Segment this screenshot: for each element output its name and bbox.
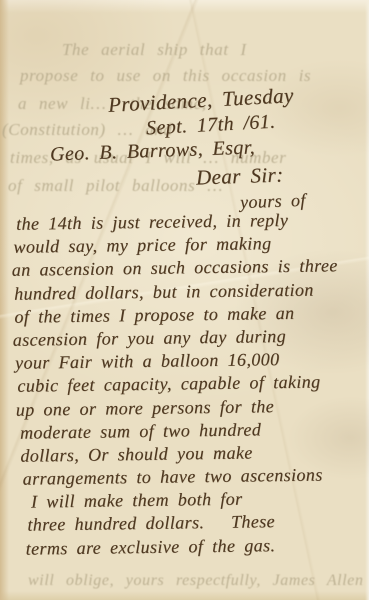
salutation-line: Dear Sir: bbox=[196, 162, 284, 190]
handwritten-line: terms are exclusive of the gas. bbox=[5, 532, 369, 560]
handwriting-layer: Providence, Tuesday Sept. 17th /61. Geo.… bbox=[0, 0, 369, 600]
letter-body: the 14th is just received, in reply woul… bbox=[0, 208, 369, 561]
dateline-date: Sept. 17th /61. bbox=[145, 111, 276, 141]
scanned-letter-page: The aerial ship that I propose to use on… bbox=[0, 0, 369, 600]
recipient-line: Geo. B. Barrows, Esqr, bbox=[50, 136, 256, 166]
